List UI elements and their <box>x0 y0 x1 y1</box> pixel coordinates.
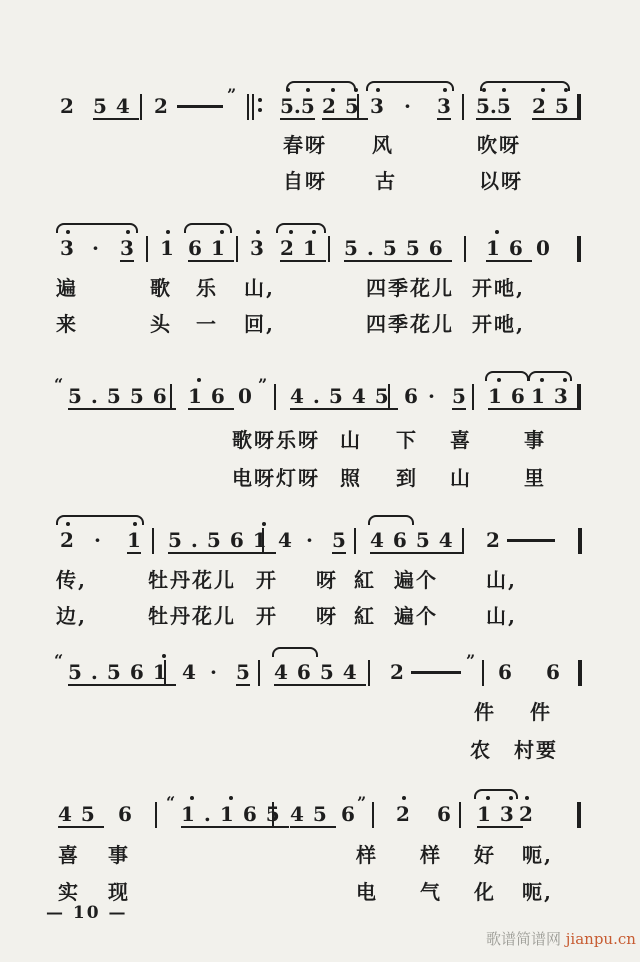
note: 5.556 <box>68 385 176 410</box>
repeat-sign-part <box>258 108 262 112</box>
note-digit: 5 <box>301 95 315 117</box>
note-digit: 0 <box>238 385 252 407</box>
barline <box>372 802 374 828</box>
note-digit: 6 <box>437 803 451 825</box>
repeat-start-sign <box>247 94 265 120</box>
note: 4654 <box>274 661 366 686</box>
note-digit: 3 <box>250 237 264 259</box>
note: 13 <box>477 803 523 828</box>
note-digit: 4 <box>290 803 313 825</box>
note-digit: 2 <box>390 661 404 683</box>
lyric: 开吔, <box>472 277 525 299</box>
lyric: 紅 <box>354 569 376 591</box>
note: 6 <box>546 661 560 683</box>
note: 6 <box>437 803 451 825</box>
note-digit: 6 <box>118 803 132 825</box>
note-digit: 4 <box>370 529 393 551</box>
note-digit: 1 <box>531 385 554 407</box>
note: 21 <box>280 237 326 262</box>
note-digit: . <box>204 803 220 825</box>
lyric: 呃, <box>522 881 553 903</box>
lyric: 传, <box>56 569 87 591</box>
note: 2 <box>60 529 74 551</box>
lyric: 边, <box>56 605 87 627</box>
lyric: 电呀灯呀 <box>232 467 320 489</box>
note-digit: 5 <box>452 385 466 407</box>
lyric: 头 <box>150 313 172 335</box>
watermark-domain: jianpu.cn <box>566 930 636 948</box>
lyric: 事 <box>524 429 546 451</box>
note-digit: 5 <box>329 385 352 407</box>
barline <box>258 660 260 686</box>
lyric: 风 <box>372 134 394 156</box>
barline <box>472 384 474 410</box>
note-digit: 6 <box>498 661 512 683</box>
repeat-sign-part <box>252 94 254 120</box>
slur <box>474 789 518 799</box>
note: 3 <box>370 95 384 117</box>
note: 5 <box>332 529 346 554</box>
lyric: 电 <box>356 881 378 903</box>
dotted-note-dot: · <box>404 95 411 117</box>
barline <box>462 528 464 554</box>
note-digit: 5 <box>320 661 343 683</box>
note-digit: 1 <box>181 803 204 825</box>
note: 1 <box>160 237 174 259</box>
note: 45 <box>290 803 336 828</box>
note-digit: 4 <box>182 661 196 683</box>
lyric: 里 <box>524 467 546 489</box>
final-barline <box>577 236 581 262</box>
lyric: 四季花儿 <box>366 277 454 299</box>
barline <box>462 94 464 120</box>
dotted-note-dot: · <box>92 237 99 259</box>
note-digit: 6 <box>243 803 266 825</box>
octave-dot <box>229 796 233 800</box>
note-digit: 1 <box>220 803 243 825</box>
barline <box>152 528 154 554</box>
note-digit: . <box>490 95 497 117</box>
lyric: 遍个 <box>394 569 438 591</box>
lyric: 山 <box>340 429 362 451</box>
note-digit: 5 <box>93 95 116 117</box>
note-digit: 1 <box>188 385 211 407</box>
lyric: 回, <box>244 313 275 335</box>
note: 0 <box>536 237 550 259</box>
note: 45 <box>58 803 104 828</box>
note-digit: · <box>210 661 217 683</box>
note: 2 <box>396 803 410 825</box>
dotted-note-dot: · <box>210 661 217 683</box>
note: 4 <box>182 661 196 683</box>
note: 2 <box>390 661 404 683</box>
barline <box>262 528 264 554</box>
note: 4.545 <box>290 385 398 410</box>
note: 5.5 <box>280 95 315 120</box>
note-digit: 2 <box>280 237 303 259</box>
note-digit: · <box>306 529 313 551</box>
lyric: 遍个 <box>394 605 438 627</box>
note-digit: 5 <box>497 95 511 117</box>
lyric: 以呀 <box>479 170 523 192</box>
note-digit: . <box>91 385 107 407</box>
note-digit: 4 <box>274 661 297 683</box>
lyric: 一 <box>196 313 218 335</box>
note-digit: 6 <box>130 661 153 683</box>
duration-dash <box>411 671 461 674</box>
lyric: 件 <box>474 701 496 723</box>
note: 1 <box>127 529 141 554</box>
octave-dot <box>256 230 260 234</box>
lyric: 山, <box>486 569 517 591</box>
lyric: 紅 <box>354 605 376 627</box>
note: 25 <box>532 95 578 120</box>
note-digit: 3 <box>120 237 134 259</box>
note: 0 <box>238 385 252 407</box>
note-digit: . <box>294 95 301 117</box>
slur <box>286 81 356 91</box>
barline <box>155 802 157 828</box>
lyric: 乐 <box>196 277 218 299</box>
octave-dot <box>166 230 170 234</box>
note: 6 <box>498 661 512 683</box>
note-digit: 5 <box>344 237 367 259</box>
note-digit: 6 <box>509 237 532 259</box>
note: 25 <box>322 95 368 120</box>
note: 4 <box>278 529 292 551</box>
note: 5 <box>452 385 466 410</box>
note-digit: 5 <box>68 385 91 407</box>
barline <box>328 236 330 262</box>
note-digit: 2 <box>60 529 74 551</box>
lyric: 喜 <box>58 844 80 866</box>
lyric: 开 <box>256 569 278 591</box>
note-digit: 6 <box>341 803 355 825</box>
note-digit: 6 <box>230 529 253 551</box>
lyric: 自呀 <box>283 170 327 192</box>
note-digit: 5 <box>375 385 398 407</box>
slur <box>480 81 570 91</box>
lyric: 春呀 <box>283 134 327 156</box>
note-digit: 5 <box>130 385 153 407</box>
barline <box>274 384 276 410</box>
page-number: — 10 — <box>46 903 128 923</box>
barline <box>146 236 148 262</box>
slur <box>485 371 529 381</box>
note-digit: 5 <box>555 95 578 117</box>
lyric: 到 <box>396 467 418 489</box>
duration-dash <box>507 539 555 542</box>
note: 16 <box>486 237 532 262</box>
lyric: 样 <box>356 844 378 866</box>
note-digit: . <box>313 385 329 407</box>
barline <box>459 802 461 828</box>
watermark: 歌谱简谱网 jianpu.cn <box>486 928 636 949</box>
note: 54 <box>93 95 139 120</box>
octave-dot <box>262 522 266 526</box>
note: 5.5 <box>476 95 511 120</box>
note-digit: 6 <box>188 237 211 259</box>
note-digit: 1 <box>211 237 234 259</box>
note-digit: 2 <box>154 95 168 117</box>
slur <box>366 81 454 91</box>
note-digit: 1 <box>303 237 326 259</box>
sheet-music-page: 2542”5.5253·35.525春呀风吹呀自呀古以呀3·31613215.5… <box>0 0 640 962</box>
quote-mark: “ <box>54 651 61 670</box>
note: 3 <box>120 237 134 262</box>
lyric: 村要 <box>514 739 558 761</box>
barline <box>236 236 238 262</box>
barline <box>357 94 359 120</box>
lyric: 件 <box>530 701 552 723</box>
dotted-note-dot: · <box>94 529 101 551</box>
repeat-sign-part <box>247 94 249 120</box>
note-digit: · <box>92 237 99 259</box>
note: 2 <box>60 95 74 117</box>
note-digit: 5 <box>383 237 406 259</box>
lyric: 开 <box>256 605 278 627</box>
note-digit: 1 <box>127 529 141 551</box>
quote-mark: “ <box>166 793 173 812</box>
lyric: 事 <box>108 844 130 866</box>
note-digit: 5 <box>476 95 490 117</box>
note-digit: 5 <box>168 529 191 551</box>
note-digit: 5 <box>266 803 289 825</box>
note: 61 <box>188 237 234 262</box>
lyric: 古 <box>375 170 397 192</box>
note-digit: . <box>367 237 383 259</box>
note-digit: . <box>191 529 207 551</box>
final-barline <box>578 660 582 686</box>
note-digit: 1 <box>477 803 500 825</box>
lyric: 呃, <box>522 844 553 866</box>
octave-dot <box>495 230 499 234</box>
lyric: 山 <box>450 467 472 489</box>
quote-mark: ” <box>227 85 234 104</box>
note-digit: 1 <box>488 385 511 407</box>
lyric: 实 <box>58 881 80 903</box>
note: 6 <box>404 385 418 407</box>
note-digit: 5 <box>406 237 429 259</box>
note-digit: 5 <box>207 529 230 551</box>
lyric: 下 <box>396 429 418 451</box>
note-digit: 2 <box>532 95 555 117</box>
lyric: 气 <box>420 881 442 903</box>
lyric: 照 <box>340 467 362 489</box>
barline <box>140 94 142 120</box>
note-digit: 6 <box>297 661 320 683</box>
octave-dot <box>197 378 201 382</box>
note-digit: 5 <box>416 529 439 551</box>
slur <box>368 515 414 525</box>
barline <box>464 236 466 262</box>
final-barline <box>578 528 582 554</box>
note-digit: 2 <box>486 529 500 551</box>
note-digit: 0 <box>536 237 550 259</box>
slur <box>56 223 138 233</box>
quote-mark: ” <box>466 651 473 670</box>
barline <box>482 660 484 686</box>
quote-mark: ” <box>357 793 364 812</box>
quote-mark: ” <box>258 375 265 394</box>
note-digit: 6 <box>153 385 176 407</box>
note-digit: 4 <box>116 95 139 117</box>
slur <box>56 515 144 525</box>
note: 3 <box>60 237 74 259</box>
note: 2 <box>519 803 533 825</box>
lyric: 化 <box>474 881 496 903</box>
lyric: 吹呀 <box>477 134 521 156</box>
lyric: 农 <box>470 739 492 761</box>
final-barline <box>577 384 581 410</box>
note-digit: 5 <box>236 661 250 683</box>
note-digit: 2 <box>396 803 410 825</box>
note: 5.561 <box>168 529 276 554</box>
octave-dot <box>525 796 529 800</box>
lyric: 好 <box>474 844 496 866</box>
lyric: 开吔, <box>472 313 525 335</box>
note: 4654 <box>370 529 462 554</box>
note-digit: 4 <box>439 529 462 551</box>
note: 13 <box>531 385 577 410</box>
note-digit: 6 <box>404 385 418 407</box>
lyric: 喜 <box>450 429 472 451</box>
lyric: 呀 <box>316 569 338 591</box>
note-digit: 3 <box>437 95 451 117</box>
barline <box>272 802 274 828</box>
octave-dot <box>402 796 406 800</box>
note: 16 <box>488 385 534 410</box>
note-digit: · <box>94 529 101 551</box>
final-barline <box>577 802 581 828</box>
slur <box>184 223 232 233</box>
note-digit: 6 <box>546 661 560 683</box>
barline <box>354 528 356 554</box>
note-digit: 5 <box>68 661 91 683</box>
note-digit: 6 <box>429 237 452 259</box>
note: 6 <box>118 803 132 825</box>
lyric: 呀 <box>316 605 338 627</box>
dotted-note-dot: · <box>428 385 435 407</box>
repeat-sign-part <box>258 98 262 102</box>
note-digit: 5 <box>81 803 104 825</box>
lyric: 遍 <box>56 277 78 299</box>
note-digit: 3 <box>370 95 384 117</box>
lyric: 现 <box>108 881 130 903</box>
lyric: 山, <box>486 605 517 627</box>
note-digit: . <box>91 661 107 683</box>
note-digit: 5 <box>107 385 130 407</box>
slur <box>528 371 572 381</box>
watermark-site-name: 歌谱简谱网 <box>486 930 566 948</box>
note: 3 <box>250 237 264 259</box>
note-digit: 3 <box>554 385 577 407</box>
lyric: 四季花儿 <box>366 313 454 335</box>
lyric: 牡丹花儿 <box>148 569 236 591</box>
note-digit: 5 <box>313 803 336 825</box>
note-digit: 1 <box>486 237 509 259</box>
note-digit: 1 <box>253 529 276 551</box>
note-digit: 4 <box>278 529 292 551</box>
lyric: 牡丹花儿 <box>148 605 236 627</box>
note-digit: 5 <box>280 95 294 117</box>
lyric: 山, <box>244 277 275 299</box>
final-barline <box>577 94 581 120</box>
note: 2 <box>154 95 168 117</box>
dotted-note-dot: · <box>306 529 313 551</box>
note-digit: 4 <box>58 803 81 825</box>
note-digit: 5 <box>332 529 346 551</box>
note: 2 <box>486 529 500 551</box>
duration-dash <box>177 105 223 108</box>
note-digit: 1 <box>160 237 174 259</box>
note: 6 <box>341 803 355 825</box>
note-digit: · <box>404 95 411 117</box>
note-digit: · <box>428 385 435 407</box>
note: 5.561 <box>68 661 176 686</box>
note-digit: 3 <box>60 237 74 259</box>
lyric: 样 <box>420 844 442 866</box>
note: 5 <box>236 661 250 686</box>
barline <box>388 384 390 410</box>
note-digit: 2 <box>519 803 533 825</box>
note: 16 <box>188 385 234 410</box>
lyric: 歌 <box>150 277 172 299</box>
octave-dot <box>162 654 166 658</box>
note-digit: 6 <box>393 529 416 551</box>
quote-mark: “ <box>54 375 61 394</box>
slur <box>272 647 318 657</box>
note-digit: 4 <box>290 385 313 407</box>
note-digit: 2 <box>322 95 345 117</box>
note-digit: 4 <box>343 661 366 683</box>
octave-dot <box>190 796 194 800</box>
lyric: 歌呀乐呀 <box>232 429 320 451</box>
barline <box>170 384 172 410</box>
lyric: 来 <box>56 313 78 335</box>
note-digit: 2 <box>60 95 74 117</box>
note: 5.556 <box>344 237 452 262</box>
slur <box>276 223 326 233</box>
barline <box>368 660 370 686</box>
note-digit: 6 <box>211 385 234 407</box>
note-digit: 4 <box>352 385 375 407</box>
note: 3 <box>437 95 451 120</box>
note-digit: 5 <box>107 661 130 683</box>
barline <box>164 660 166 686</box>
